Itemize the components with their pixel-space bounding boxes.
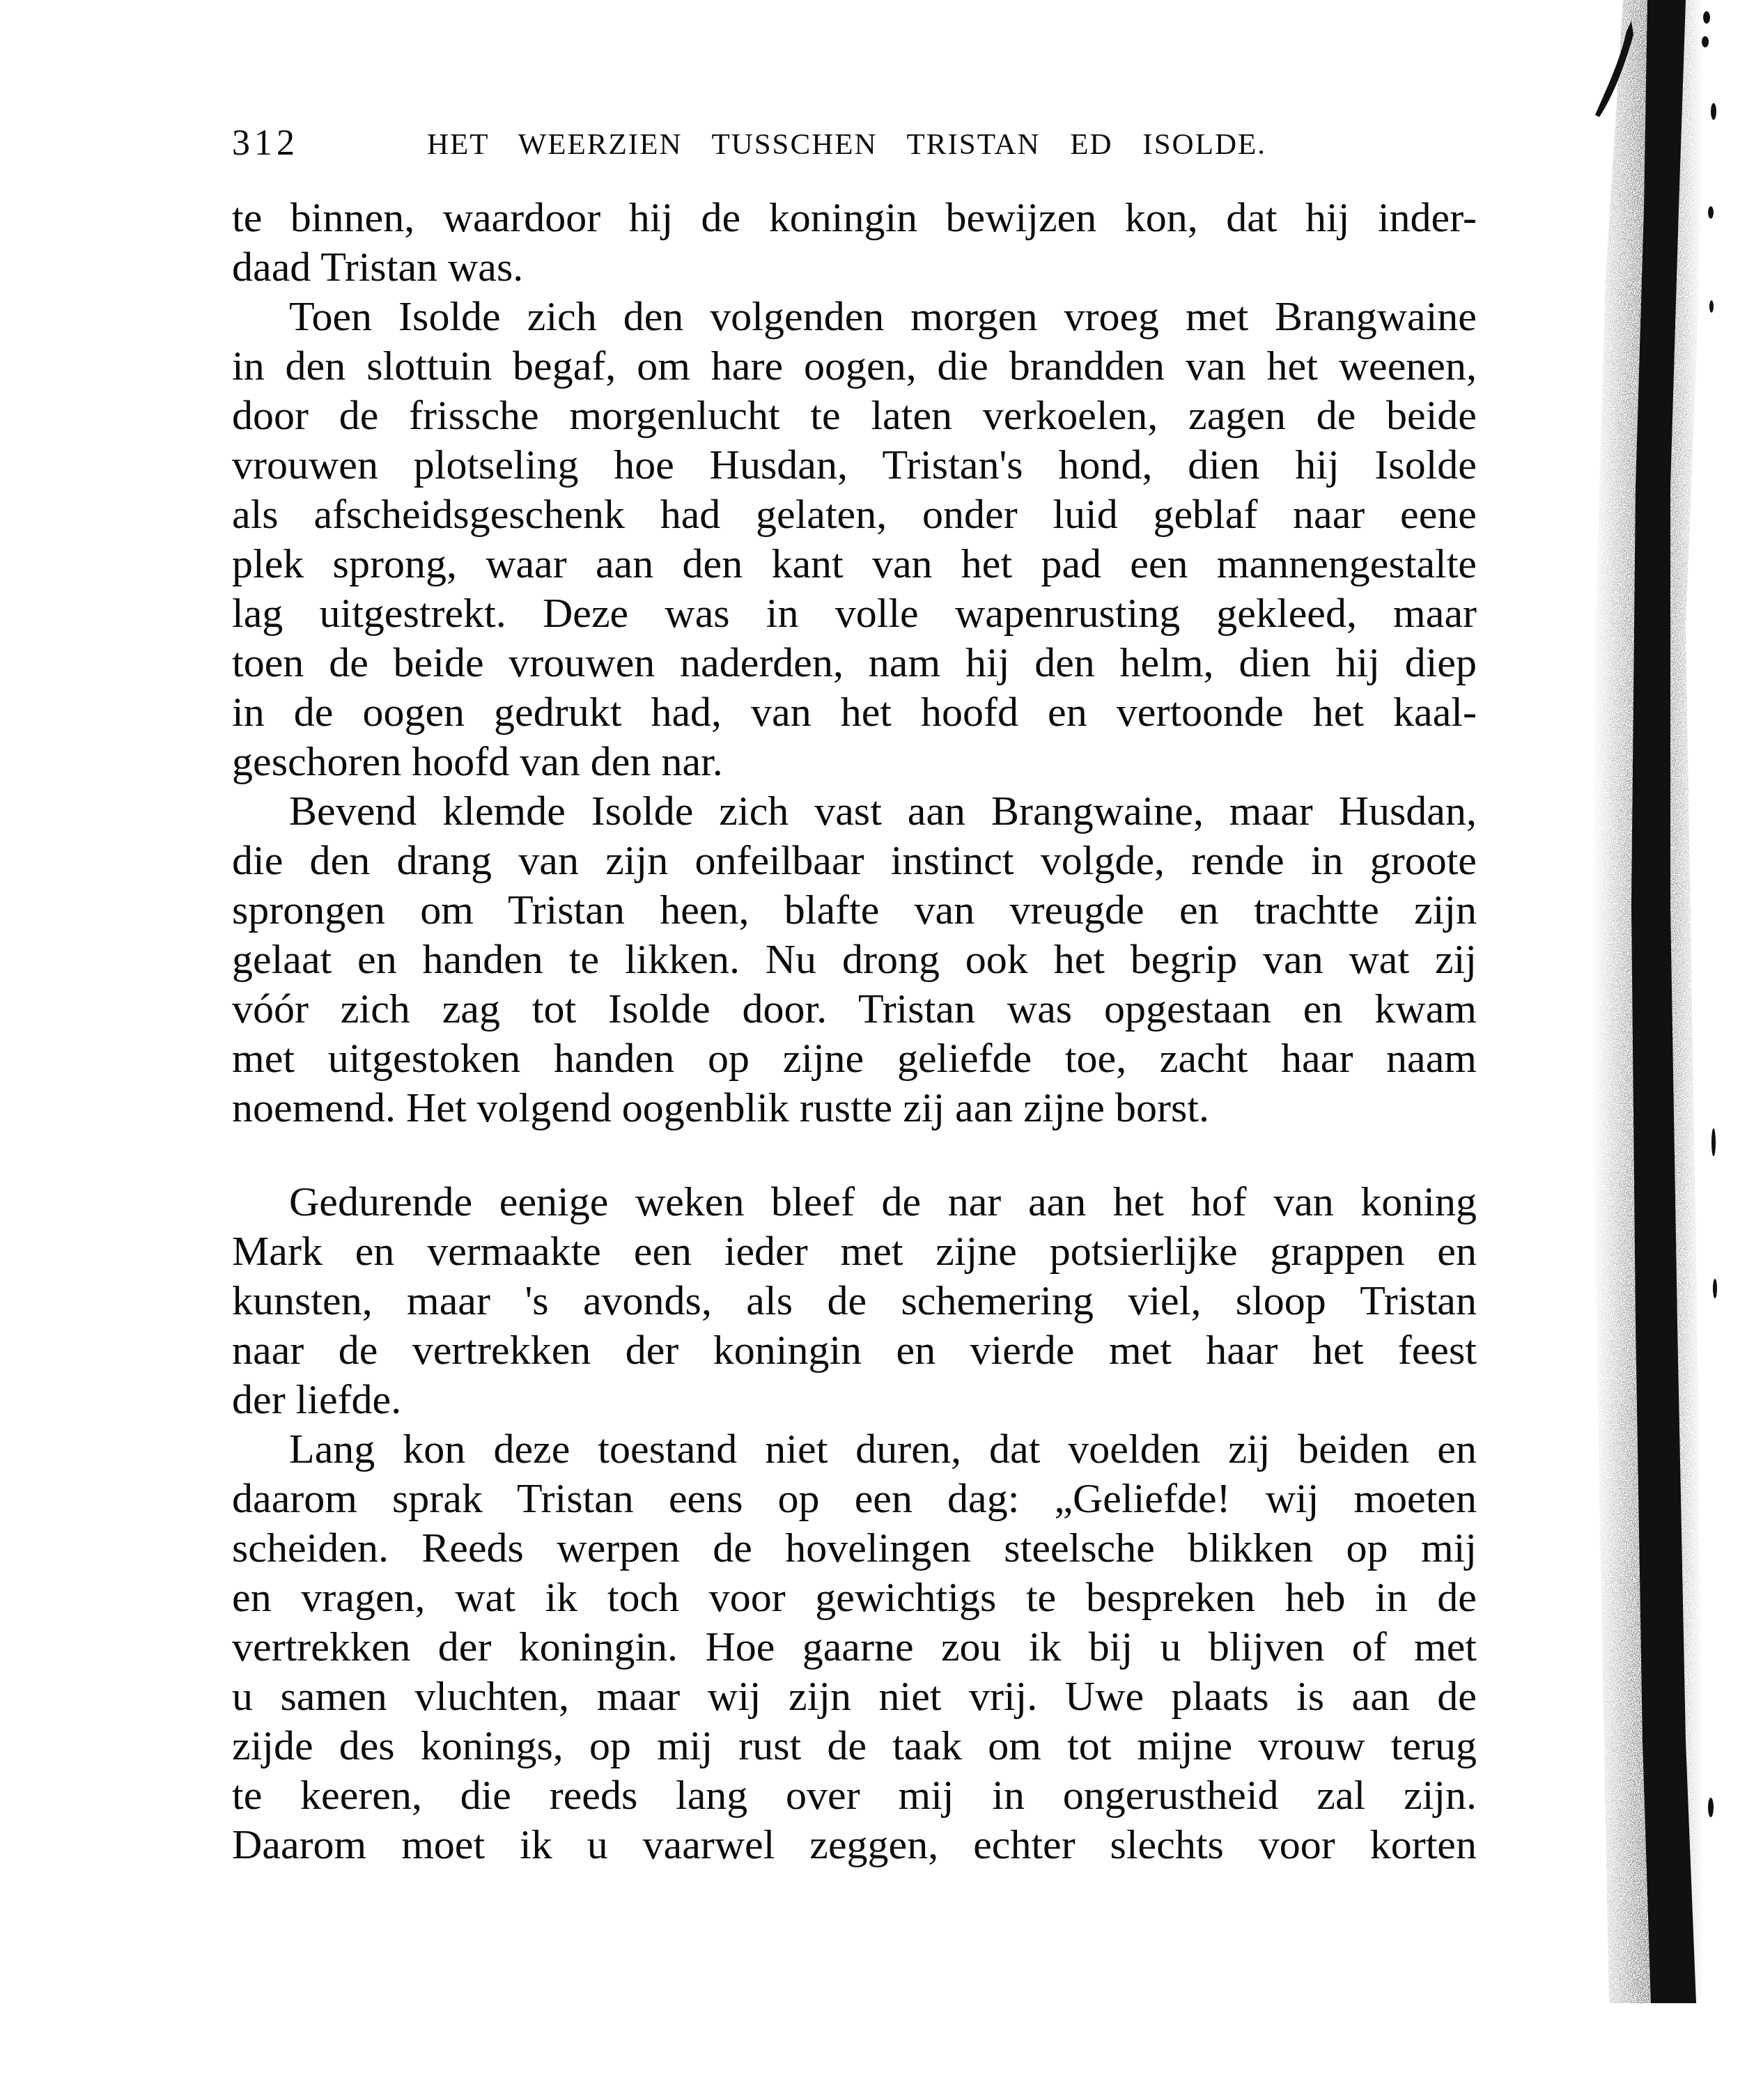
text-line: naar de vertrekken der koningin en vierd… bbox=[232, 1325, 1477, 1375]
text-line: zijde des konings, op mij rust de taak o… bbox=[232, 1721, 1477, 1771]
text-line: en vragen, wat ik toch voor gewichtigs t… bbox=[232, 1573, 1477, 1622]
text-line: u samen vluchten, maar wij zijn niet vri… bbox=[232, 1672, 1477, 1721]
text-line: toen de beide vrouwen naderden, nam hij … bbox=[232, 638, 1477, 687]
book-spine-shadow bbox=[1581, 0, 1747, 2100]
text-line: vertrekken der koningin. Hoe gaarne zou … bbox=[232, 1622, 1477, 1672]
text-line: plek sprong, waar aan den kant van het p… bbox=[232, 539, 1477, 589]
text-line: geschoren hoofd van den nar. bbox=[232, 737, 1477, 786]
text-line: lag uitgestrekt. Deze was in volle wapen… bbox=[232, 589, 1477, 638]
text-line: Lang kon deze toestand niet duren, dat v… bbox=[289, 1424, 1477, 1474]
text-line: kunsten, maar 's avonds, als de schemeri… bbox=[232, 1276, 1477, 1325]
running-head: HET WEERZIEN TUSSCHEN TRISTAN ED ISOLDE. bbox=[427, 124, 1266, 166]
text-line: Gedurende eenige weken bleef de nar aan … bbox=[289, 1177, 1477, 1227]
text-line: in de oogen gedrukt had, van het hoofd e… bbox=[232, 687, 1477, 737]
text-line: door de frissche morgenlucht te laten ve… bbox=[232, 391, 1477, 440]
text-line: noemend. Het volgend oogenblik rustte zi… bbox=[232, 1083, 1477, 1133]
text-line: gelaat en handen te likken. Nu drong ook… bbox=[232, 935, 1477, 984]
text-line: sprongen om Tristan heen, blafte van vre… bbox=[232, 885, 1477, 935]
text-line: scheiden. Reeds werpen de hovelingen ste… bbox=[232, 1523, 1477, 1573]
text-line: daad Tristan was. bbox=[232, 242, 1477, 292]
text-line: vóór zich zag tot Isolde door. Tristan w… bbox=[232, 984, 1477, 1034]
text-line: met uitgestoken handen op zijne geliefde… bbox=[232, 1034, 1477, 1083]
text-line: die den drang van zijn onfeilbaar instin… bbox=[232, 836, 1477, 885]
text-line: daarom sprak Tristan eens op een dag: „G… bbox=[232, 1474, 1477, 1523]
text-line: Bevend klemde Isolde zich vast aan Brang… bbox=[289, 786, 1477, 836]
text-line: Daarom moet ik u vaarwel zeggen, echter … bbox=[232, 1820, 1477, 1869]
text-line: te keeren, die reeds lang over mij in on… bbox=[232, 1771, 1477, 1820]
text-line: Toen Isolde zich den volgenden morgen vr… bbox=[289, 292, 1477, 341]
text-line: als afscheidsgeschenk had gelaten, onder… bbox=[232, 490, 1477, 539]
text-line: vrouwen plotseling hoe Husdan, Tristan's… bbox=[232, 440, 1477, 490]
text-line: der liefde. bbox=[232, 1375, 1477, 1424]
page-number: 312 bbox=[232, 123, 299, 164]
text-line: te binnen, waardoor hij de koningin bewi… bbox=[232, 193, 1477, 242]
text-line: in den slottuin begaf, om hare oogen, di… bbox=[232, 341, 1477, 391]
text-line: Mark en vermaakte een ieder met zijne po… bbox=[232, 1227, 1477, 1276]
